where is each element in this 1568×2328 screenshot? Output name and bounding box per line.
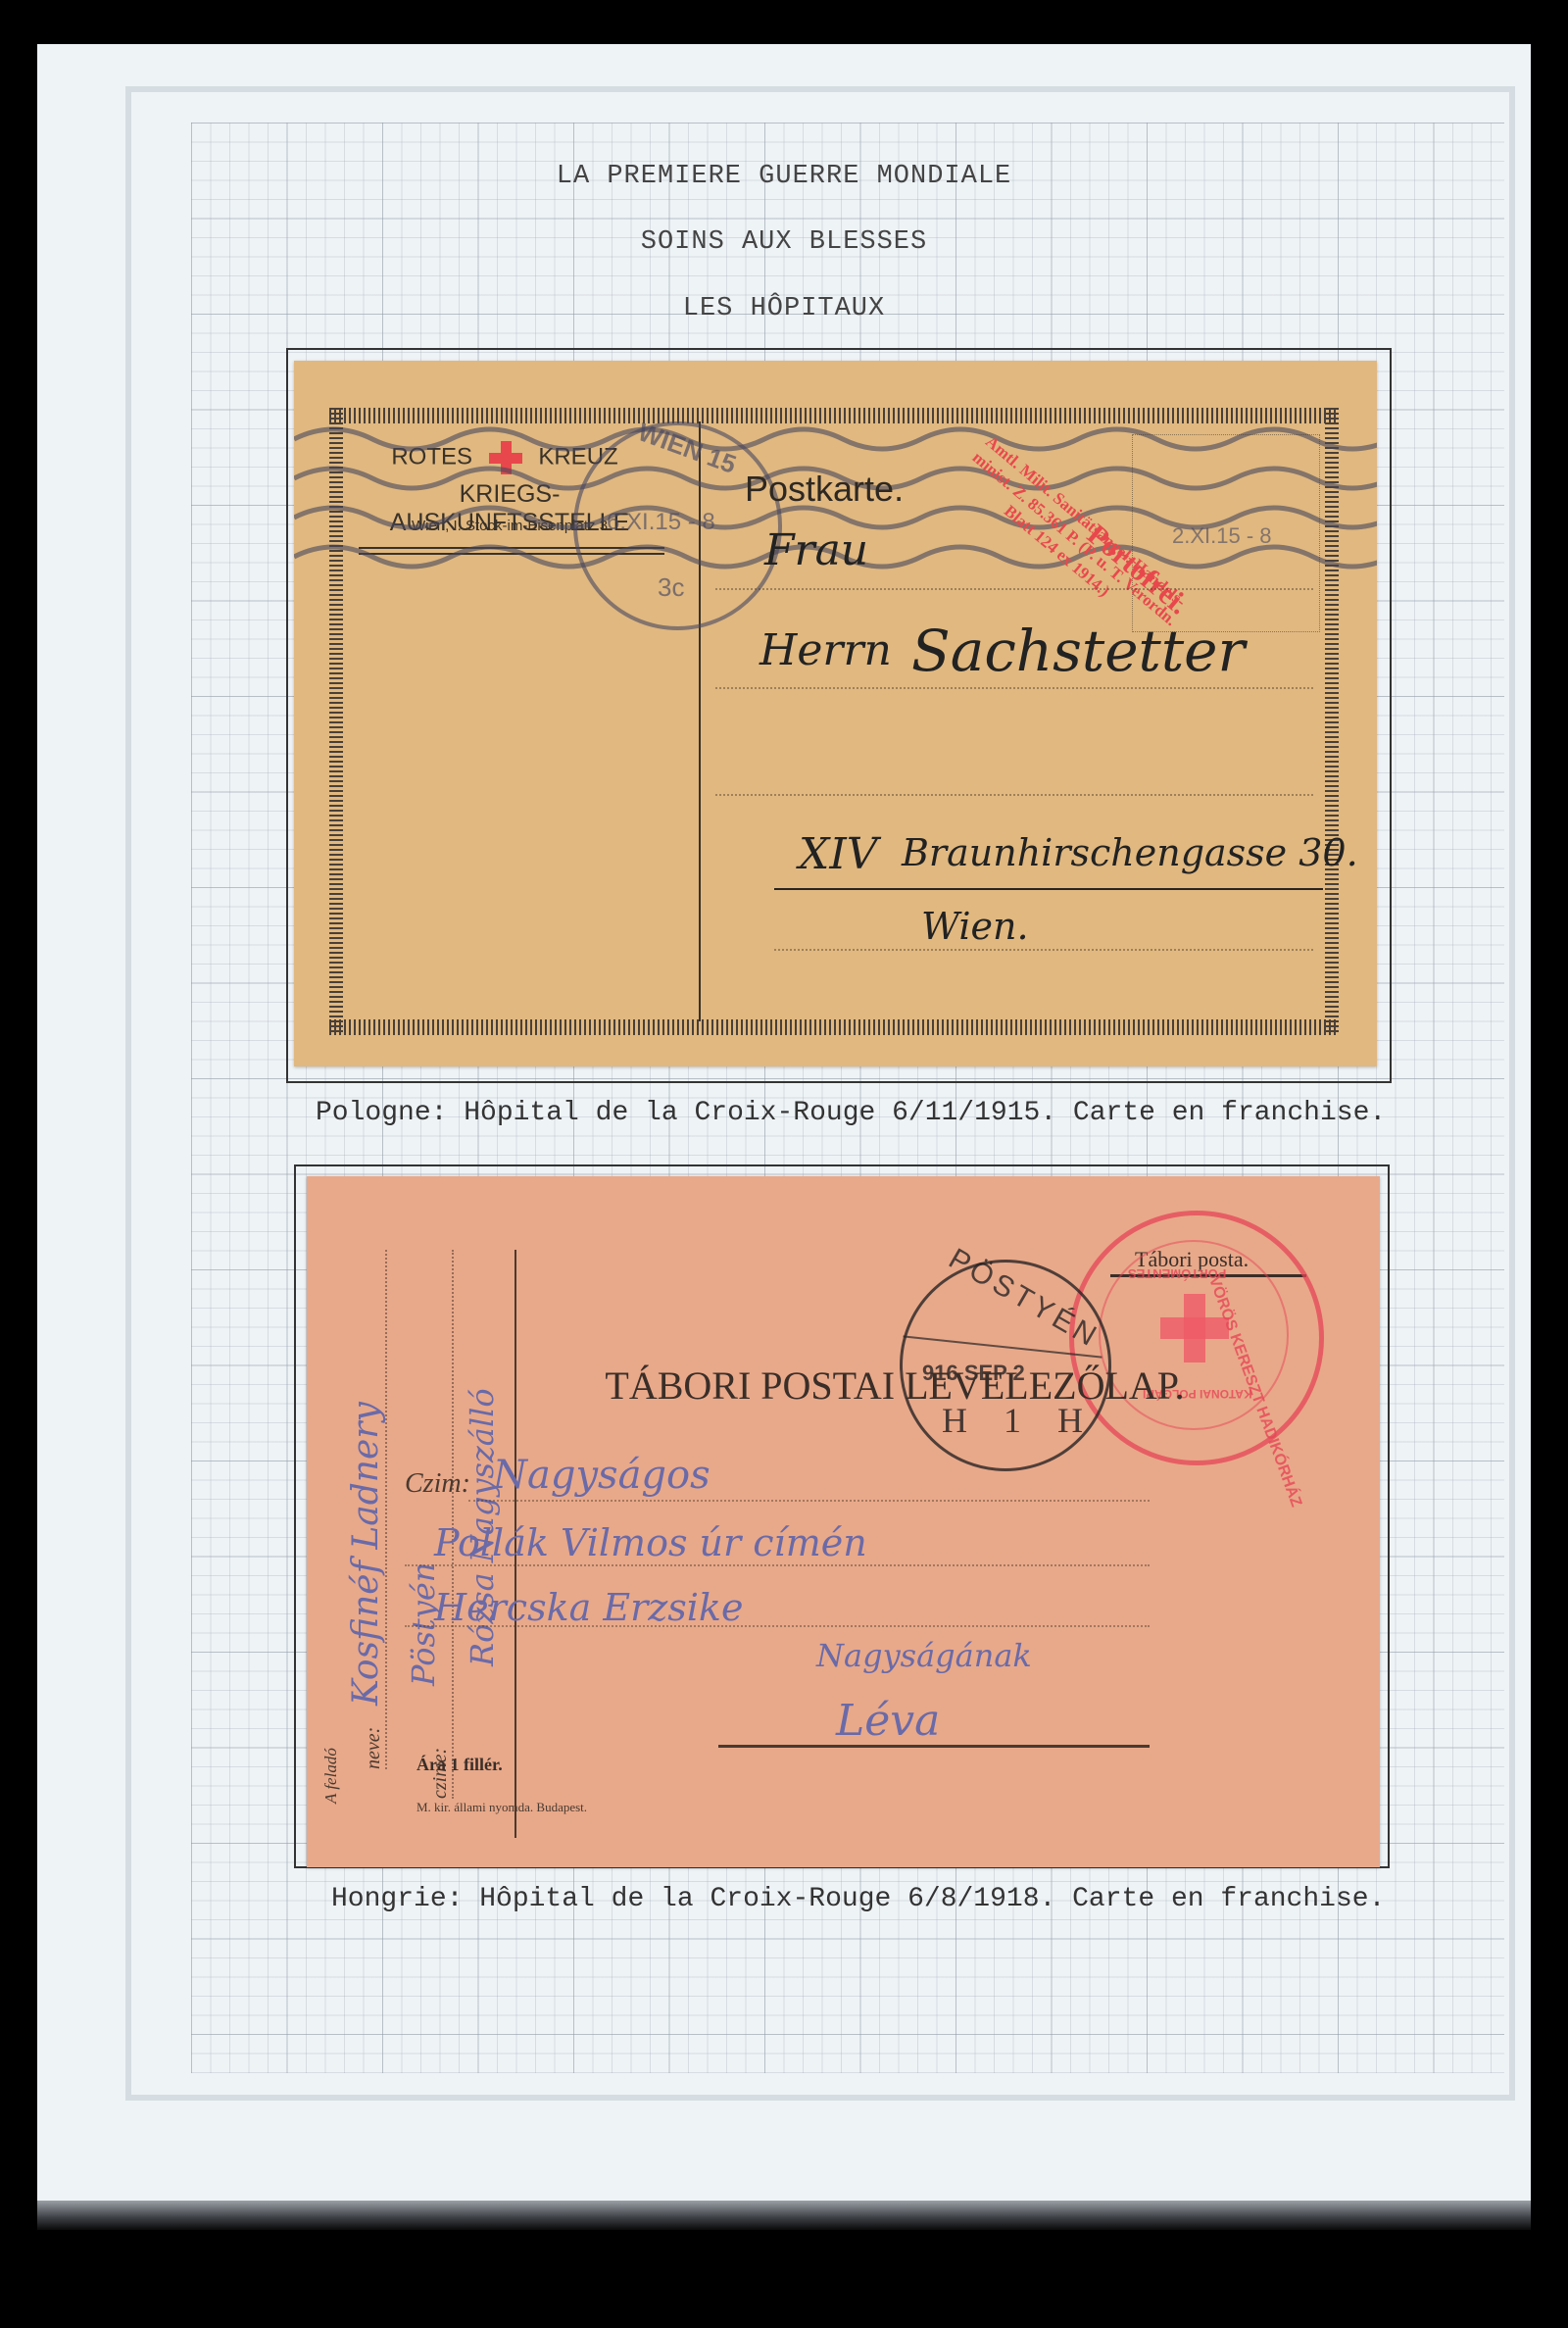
handwritten-salutation: Frau	[764, 525, 868, 575]
postcard-hungary[interactable]: A feladó neve: czime: Kosfinéf Ladnery P…	[307, 1176, 1380, 1867]
postcard-austria[interactable]: ROTES KREUZ KRIEGS-AUSKUNFTSSTELLE Wien,…	[294, 361, 1377, 1066]
address-line-2	[405, 1564, 1150, 1566]
postmark-city: PÖSTYÉN	[943, 1242, 1104, 1355]
postmark-date: 6.XI.15 - 8	[607, 509, 715, 536]
address-line-1	[468, 1500, 1150, 1502]
caption-item-1: Pologne: Hôpital de la Croix-Rouge 6/11/…	[316, 1096, 1403, 1131]
address-line-2	[715, 687, 1313, 689]
address-label: Czim:	[405, 1468, 470, 1500]
postmark-bottom: 3c	[658, 572, 684, 603]
address-line-3	[715, 794, 1313, 796]
handwritten-address-line: Nagyságos	[493, 1453, 710, 1498]
handwritten-address-line: Hercska Erzsike	[434, 1586, 743, 1629]
ornament-border-bottom	[329, 1019, 1339, 1035]
address-line-5	[774, 949, 1313, 951]
handwritten-name-prefix: Herrn	[759, 625, 892, 675]
handwritten-recipient-name: Sachstetter	[911, 618, 1245, 684]
card-heading: TÁBORI POSTAI LEVELEZŐLAP.	[424, 1362, 1365, 1409]
page-title: LA PREMIERE GUERRE MONDIALE	[0, 162, 1568, 191]
postmark-wien: WIEN 15 6.XI.15 - 8 3c	[573, 421, 782, 630]
postmark2-date: 2.XI.15 - 8	[1172, 523, 1272, 549]
handwritten-city: Wien.	[921, 905, 1029, 948]
handwritten-sender-name: Kosfinéf Ladnery	[346, 1402, 386, 1706]
address-line-1	[715, 588, 1313, 590]
handwritten-address-line: Pollák Vilmos úr címén	[434, 1521, 867, 1564]
handwritten-street: Braunhirschengasse 30.	[902, 831, 1358, 874]
page-section-title: LES HÔPITAUX	[0, 294, 1568, 323]
handwritten-address-line: Nagyságának	[816, 1637, 1032, 1674]
caption-item-2: Hongrie: Hôpital de la Croix-Rouge 6/8/1…	[331, 1882, 1399, 1917]
address-line-4-underline	[774, 888, 1323, 890]
printer-imprint: M. kir. állami nyomda. Budapest.	[416, 1800, 587, 1815]
handwritten-district: XIV	[799, 829, 877, 879]
page-edge-shadow	[37, 2201, 1531, 2230]
sender-label: A feladó	[321, 1748, 341, 1804]
card-heading: Postkarte.	[745, 469, 904, 510]
page-subtitle: SOINS AUX BLESSES	[0, 227, 1568, 257]
card-price: Ára 1 fillér.	[416, 1755, 503, 1775]
sender-name-label: neve:	[363, 1727, 385, 1769]
handwritten-address-line: Léva	[836, 1696, 940, 1746]
